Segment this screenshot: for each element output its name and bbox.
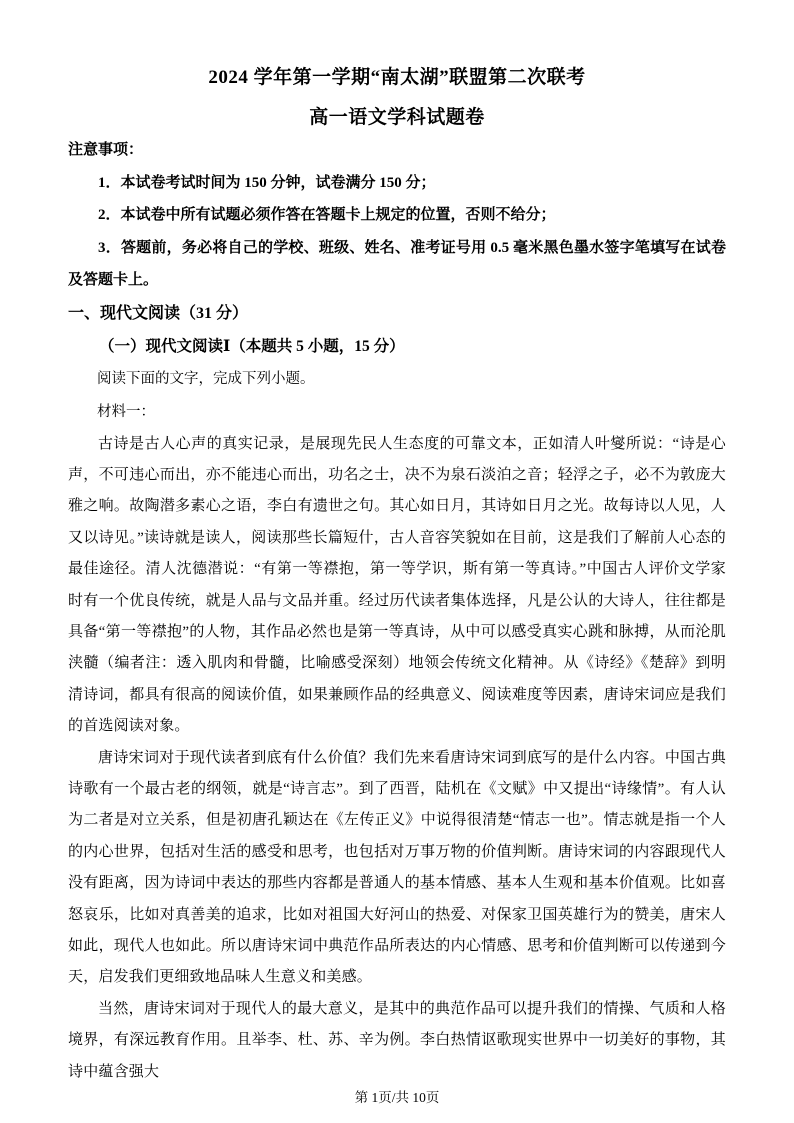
modern-reading-section: 一、现代文阅读（31 分） （一）现代文阅读Ⅰ（本题共 5 小题，15 分） 阅…: [68, 297, 726, 1089]
material-label: 材料一：: [68, 396, 726, 429]
section-heading: 一、现代文阅读（31 分）: [68, 297, 726, 330]
exam-paper-page: 2024 学年第一学期“南太湖”联盟第二次联考 高一语文学科试题卷 注意事项： …: [0, 0, 794, 1123]
notice-item-2: 2．本试卷中所有试题必须作答在答题卡上规定的位置，否则不给分；: [68, 199, 726, 232]
page-number: 第 1页/共 10页: [68, 1088, 726, 1108]
paper-title-line2: 高一语文学科试题卷: [68, 104, 726, 132]
notice-item-1: 1．本试卷考试时间为 150 分钟，试卷满分 150 分；: [68, 167, 726, 200]
material-paragraph-2: 唐诗宋词对于现代读者到底有什么价值？我们先来看唐诗宋词到底写的是什么内容。中国古…: [68, 743, 726, 994]
notice-heading: 注意事项：: [68, 134, 726, 167]
paper-title-line1: 2024 学年第一学期“南太湖”联盟第二次联考: [68, 64, 726, 92]
subsection-heading: （一）现代文阅读Ⅰ（本题共 5 小题，15 分）: [68, 330, 726, 363]
notice-section: 注意事项： 1．本试卷考试时间为 150 分钟，试卷满分 150 分； 2．本试…: [68, 134, 726, 297]
material-paragraph-3: 当然，唐诗宋词对于现代人的最大意义，是其中的典范作品可以提升我们的情操、气质和人…: [68, 994, 726, 1088]
material-paragraph-1: 古诗是古人心声的真实记录，是展现先民人生态度的可靠文本，正如清人叶燮所说：“诗是…: [68, 429, 726, 743]
reading-instruction: 阅读下面的文字，完成下列小题。: [68, 363, 726, 396]
notice-item-3: 3．答题前，务必将自己的学校、班级、姓名、准考证号用 0.5 毫米黑色墨水签字笔…: [68, 232, 726, 297]
